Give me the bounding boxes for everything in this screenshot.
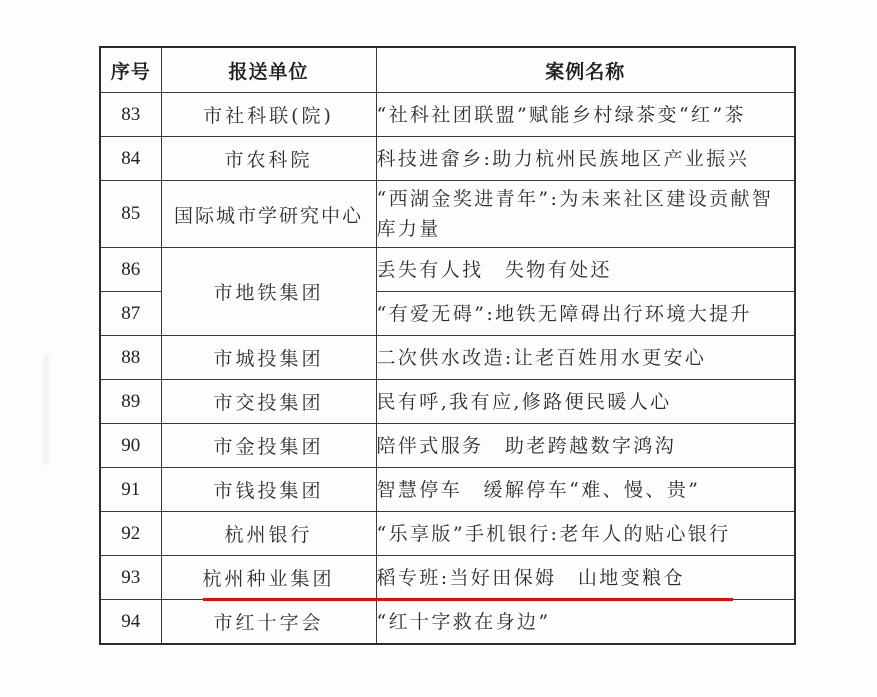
cell-unit: 杭州种业集团 [161, 556, 376, 600]
table-row: 84 市农科院 科技进畲乡:助力杭州民族地区产业振兴 [100, 137, 795, 181]
cell-no: 86 [100, 248, 161, 292]
cell-unit: 市红十字会 [161, 600, 376, 645]
cell-unit: 市社科联(院) [161, 93, 376, 137]
cell-unit: 国际城市学研究中心 [161, 181, 376, 248]
cell-name: “红十字救在身边” [376, 600, 795, 645]
cell-name: “社科社团联盟”赋能乡村绿茶变“红”茶 [376, 93, 795, 137]
table-row: 86 市地铁集团 丢失有人找 失物有处还 [100, 248, 795, 292]
table-row: 90 市金投集团 陪伴式服务 助老跨越数字鸿沟 [100, 424, 795, 468]
cell-no: 93 [100, 556, 161, 600]
red-highlight-underline [203, 598, 733, 601]
scan-artifact [43, 355, 49, 465]
cell-no: 89 [100, 380, 161, 424]
table-row: 92 杭州银行 “乐享版”手机银行:老年人的贴心银行 [100, 512, 795, 556]
document-page: 序号 报送单位 案例名称 83 市社科联(院) “社科社团联盟”赋能乡村绿茶变“… [0, 0, 877, 697]
cell-name: 丢失有人找 失物有处还 [376, 248, 795, 292]
cell-no: 94 [100, 600, 161, 645]
cell-no: 92 [100, 512, 161, 556]
cell-name: 二次供水改造:让老百姓用水更安心 [376, 336, 795, 380]
cell-name: 民有呼,我有应,修路便民暖人心 [376, 380, 795, 424]
table-row: 88 市城投集团 二次供水改造:让老百姓用水更安心 [100, 336, 795, 380]
table-row: 83 市社科联(院) “社科社团联盟”赋能乡村绿茶变“红”茶 [100, 93, 795, 137]
cell-name: “乐享版”手机银行:老年人的贴心银行 [376, 512, 795, 556]
case-list-table: 序号 报送单位 案例名称 83 市社科联(院) “社科社团联盟”赋能乡村绿茶变“… [99, 46, 796, 645]
table-row: 89 市交投集团 民有呼,我有应,修路便民暖人心 [100, 380, 795, 424]
table-row: 94 市红十字会 “红十字救在身边” [100, 600, 795, 645]
table-row: 85 国际城市学研究中心 “西湖金奖进青年”:为未来社区建设贡献智库力量 [100, 181, 795, 248]
cell-unit: 市交投集团 [161, 380, 376, 424]
cell-name: 陪伴式服务 助老跨越数字鸿沟 [376, 424, 795, 468]
table-row: 93 杭州种业集团 稻专班:当好田保姆 山地变粮仓 [100, 556, 795, 600]
cell-name: “西湖金奖进青年”:为未来社区建设贡献智库力量 [376, 181, 795, 248]
cell-no: 85 [100, 181, 161, 248]
cell-no: 87 [100, 292, 161, 336]
cell-no: 88 [100, 336, 161, 380]
cell-no: 84 [100, 137, 161, 181]
cell-unit: 市农科院 [161, 137, 376, 181]
cell-no: 91 [100, 468, 161, 512]
header-no: 序号 [100, 47, 161, 93]
cell-unit-merged: 市地铁集团 [161, 248, 376, 336]
header-unit: 报送单位 [161, 47, 376, 93]
cell-unit: 杭州银行 [161, 512, 376, 556]
cell-no: 83 [100, 93, 161, 137]
cell-unit: 市钱投集团 [161, 468, 376, 512]
cell-unit: 市城投集团 [161, 336, 376, 380]
cell-name: 科技进畲乡:助力杭州民族地区产业振兴 [376, 137, 795, 181]
cell-unit: 市金投集团 [161, 424, 376, 468]
table-header-row: 序号 报送单位 案例名称 [100, 47, 795, 93]
cell-name: 稻专班:当好田保姆 山地变粮仓 [376, 556, 795, 600]
header-name: 案例名称 [376, 47, 795, 93]
cell-name: 智慧停车 缓解停车“难、慢、贵” [376, 468, 795, 512]
cell-name: “有爱无碍”:地铁无障碍出行环境大提升 [376, 292, 795, 336]
table-row: 91 市钱投集团 智慧停车 缓解停车“难、慢、贵” [100, 468, 795, 512]
cell-no: 90 [100, 424, 161, 468]
